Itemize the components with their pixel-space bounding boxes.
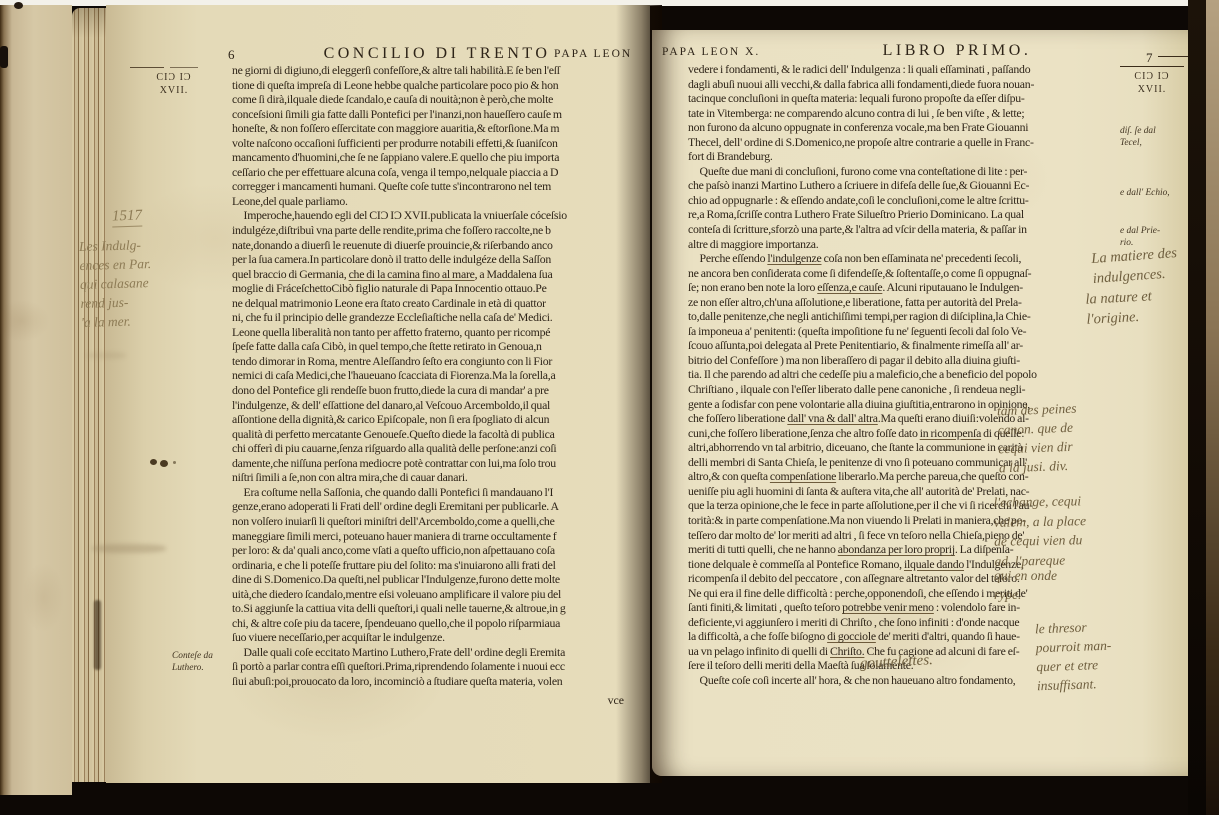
text-line: Perche eſſendo l'indulgenze coſa non ben… — [688, 251, 1120, 266]
header-rule — [1158, 56, 1188, 57]
text-line: non volſero inuiarſi li queſtori miniſtr… — [232, 514, 650, 529]
text-line: rend jus- — [80, 292, 152, 313]
text-line: diſ. ſe dal — [1120, 126, 1182, 138]
text-line: e dall' Echio, — [1120, 188, 1184, 200]
text-line: niſtri ſimili a ſe,non con altra mira,ch… — [232, 470, 650, 485]
text-line: ſcouo aſſunta,poi delegata al Prete Peni… — [688, 338, 1120, 353]
text-line: uità,che diedero ſcandalo,mentre eſsi vo… — [232, 587, 650, 602]
text-line: che paſsò inanzi Martino Luthero a ſcriu… — [688, 178, 1120, 193]
text-line: genze,erano adoperati li Frati dell' ord… — [232, 499, 650, 514]
handwritten-note-nature: la nature etl'origine. — [1085, 286, 1153, 329]
text-line: tia. Il che parendo ad altri che cedeſſe… — [688, 367, 1120, 382]
text-line: ne delqual matrimonio Leone era ſtato cr… — [232, 296, 650, 311]
text-line: CIƆ IƆ — [132, 71, 216, 84]
binding-mark — [0, 46, 8, 68]
right-running-title-left: PAPA LEON X. — [662, 46, 760, 58]
next-page-edge — [1206, 0, 1219, 815]
handwritten-note-echange: l'echange, cequivalem, a la placede cequ… — [993, 491, 1087, 571]
text-line: qui calasane — [80, 273, 152, 294]
text-line: a la jusi. div. — [999, 456, 1079, 478]
text-line: altre di maggiore importanza. — [688, 237, 1120, 252]
text-line: l'origine. — [1086, 306, 1153, 329]
text-line: dono del Pontefice gli rendeſſe buon fru… — [232, 383, 650, 398]
text-line: mancamento d'huomini,che ſe ne ſappiano … — [232, 150, 650, 165]
text-line: Tecel, — [1120, 138, 1182, 150]
text-line: ſe; non erano ben note la loro eſſenza,e… — [688, 280, 1120, 295]
margin-rule — [170, 67, 198, 68]
text-line: fort di Brandeburg. — [688, 149, 1120, 164]
text-line: per loro: & da' quali anco,come vſati a … — [232, 543, 650, 558]
right-page-number: 7 — [1146, 50, 1154, 66]
text-line: moglie di FráceſchettoCibò figlio natura… — [232, 281, 650, 296]
text-line: CIƆ IƆ — [1118, 70, 1186, 83]
text-line: ſpeſe fatte dalla caſa Cibò, in quel tem… — [232, 339, 650, 354]
text-line: 'a la mer. — [81, 311, 153, 332]
text-line: Thecel, dell' ordine di S.Domenico,ne pr… — [688, 135, 1120, 150]
text-line: Chriſtiano , ilquale con l'eſſer liberat… — [688, 382, 1120, 397]
text-line: maneggiare ſimili merci, poteuano hauer … — [232, 529, 650, 544]
text-line: qui en onde — [994, 566, 1057, 585]
text-line: chi offerì di piu cauarne,ſenza riſguard… — [232, 441, 650, 456]
text-line: ſiui abuſi:poi,prouocato da loro, incomi… — [232, 674, 650, 689]
handwritten-note-peines: tam des peinescanon. que decequi vien di… — [997, 399, 1079, 478]
handwritten-year: 1517 — [112, 207, 143, 227]
right-running-title: LIBRO PRIMO. — [850, 42, 1064, 60]
text-line: dagli abuſi nuoui alli vecchi,& dalla fa… — [688, 77, 1120, 92]
margin-note-luther: Conteſe daLuthero. — [172, 651, 230, 674]
text-line: conteſa di ſcritture,sforzò una parte,& … — [688, 222, 1120, 237]
text-line: nate,donando a diuerſi le reuenute di di… — [232, 238, 650, 253]
text-line: insuffisant. — [1037, 674, 1113, 696]
text-line: ſa imponeua a' penitenti: (queſta impoſi… — [688, 324, 1120, 339]
text-line: Luthero. — [172, 663, 230, 675]
text-line: l'indulgenze, & dell' eſſattione del dan… — [232, 398, 650, 413]
text-line: dine di S.Domenico.Da queſti,nel publica… — [232, 572, 650, 587]
handwritten-note-left: Les Indulg-ences en Par.qui calasanerend… — [79, 235, 153, 332]
binding-speck — [14, 2, 23, 9]
text-line: vedere i fondamenti, & le radici dell' I… — [688, 62, 1120, 77]
margin-rule — [130, 67, 164, 68]
catchword: vce — [232, 693, 624, 708]
text-line: qualità di perfetto mercatante Genoueſe.… — [232, 427, 650, 442]
page-stack-stain — [94, 600, 101, 670]
ink-dot — [150, 459, 157, 465]
text-line: ences en Par. — [79, 254, 151, 275]
fore-edge-shadow — [1188, 0, 1206, 815]
text-line: XVII. — [1118, 83, 1186, 96]
text-line: per la ſua camera.In particolare donò il… — [232, 252, 650, 267]
text-line: quel braccio di Germania, che di la cami… — [232, 267, 650, 282]
text-line: come ſi dirà,ilquale diede ſcandalo,e ca… — [232, 92, 650, 107]
ink-dot — [160, 460, 168, 467]
left-margin-year: CIƆ IƆXVII. — [132, 71, 216, 97]
text-line: Dalle quali coſe eccitato Martino Luther… — [232, 645, 650, 660]
text-line: ſi portò a parlar contra eſſi queſtori.P… — [232, 659, 650, 674]
text-line: la nature et — [1085, 286, 1152, 309]
text-line: indulgéze,diſtribuì vna parte delle rend… — [232, 223, 650, 238]
text-line: re,a Roma,ſcriſſe contra Luthero Frate S… — [688, 207, 1120, 222]
text-line: conceſsioni ſimili gia fatte dalli Ponte… — [232, 107, 650, 122]
text-line: ordinaria, e che li poteſſe fruttare piu… — [232, 558, 650, 573]
text-line: de cequi vien du — [994, 530, 1087, 551]
text-line: ceſſario che per effettuare alcuna coſa,… — [232, 165, 650, 180]
text-line: non furono da alcuno oppugnate in confer… — [688, 120, 1120, 135]
left-page: 6 CONCILIO DI TRENTO PAPA LEON CIƆ IƆXVI… — [106, 5, 650, 783]
text-line: tacinque concluſioni in queſta materia: … — [688, 91, 1120, 106]
left-page-text: ne giorni di digiuno,di eleggerſi confeſ… — [232, 63, 650, 689]
text-line: bitrio del Confeſſore ) ma non liberaſſe… — [688, 353, 1120, 368]
text-line: ni, che fu il principio delle grandezze … — [232, 310, 650, 325]
text-line: ne ancora ben conſiderata come ſi difend… — [688, 266, 1120, 281]
left-page-number: 6 — [228, 47, 236, 63]
handwritten-note-rype: qui en onderype. — [994, 566, 1057, 604]
text-line: Leone quella liberalità non tanto per af… — [232, 325, 650, 340]
text-line: Les Indulg- — [79, 235, 151, 256]
text-line: pourroit man- — [1035, 636, 1111, 658]
handwritten-note-thresor: le thresorpourroit man-quer et etreinsuf… — [1035, 617, 1113, 696]
text-line: chi, & altre coſe piu da tacere, ſpendeu… — [232, 616, 650, 631]
text-line: Queſte due mani di concluſioni, furono c… — [688, 164, 1120, 179]
left-running-title: CONCILIO DI TRENTO — [312, 45, 562, 63]
handwritten-note-matiere: La matiere desindulgences. — [1091, 243, 1179, 289]
text-line: honeſte, & non foſſero eſſercitate con m… — [232, 121, 650, 136]
text-line: e dal Prie- — [1120, 226, 1182, 238]
text-line: aſſontione della dignità,& carico Epiſco… — [232, 412, 650, 427]
text-line: Leone,del quale parliamo. — [232, 194, 650, 209]
text-line: ze non eſſer altro,ch'una aſſolutione,e … — [688, 295, 1120, 310]
margin-note-tecel: diſ. ſe dalTecel, — [1120, 126, 1182, 149]
text-line: Era coſtume nella Saſſonia, che quando d… — [232, 485, 650, 500]
book-scan-photo: 6 CONCILIO DI TRENTO PAPA LEON CIƆ IƆXVI… — [0, 0, 1219, 815]
text-line: valem, a la place — [994, 511, 1087, 532]
text-line: l'echange, cequi — [993, 491, 1086, 512]
text-line: ne giorni di digiuno,di eleggerſi confeſ… — [232, 63, 650, 78]
text-line: XVII. — [132, 84, 216, 97]
text-line: volte naſcono occaſioni ſufficienti per … — [232, 136, 650, 151]
book-cover-edge — [0, 5, 72, 795]
right-margin-year: CIƆ IƆXVII. — [1118, 70, 1186, 96]
text-line: Conteſe da — [172, 651, 230, 663]
text-line: Imperoche,hauendo egli del CIƆ IƆ XVII.p… — [232, 208, 650, 223]
ink-dot — [173, 461, 176, 464]
ink-smudge — [86, 352, 126, 359]
text-line: tate in Vitemberga: ne comparendo alcuno… — [688, 106, 1120, 121]
text-line: rype. — [994, 585, 1057, 604]
text-line: damente,che niſſuna perſona mediocre pot… — [232, 456, 650, 471]
text-line: ſuo viuere neceſſario,per acquiſtar le i… — [232, 630, 650, 645]
text-line: tione di queſta impreſa di Leone hebbe q… — [232, 78, 650, 93]
text-line: to.Si aggiunſe la cattiua vita delli que… — [232, 601, 650, 616]
margin-note-echio: e dall' Echio, — [1120, 188, 1184, 200]
text-line: tendo dimorar in Roma, mentre Aleſſandro… — [232, 354, 650, 369]
text-line: nemici di caſa Medici,che l'haueuano ſca… — [232, 368, 650, 383]
text-line: to,dalle penitenze,che negli antichiſſim… — [688, 309, 1120, 324]
text-line: chio ad oppugnarle : & eſſendo andate,co… — [688, 193, 1120, 208]
text-line: corregger i mancamenti humani. Queſte co… — [232, 179, 650, 194]
ink-smudge — [92, 544, 166, 553]
margin-rule — [1120, 66, 1184, 67]
